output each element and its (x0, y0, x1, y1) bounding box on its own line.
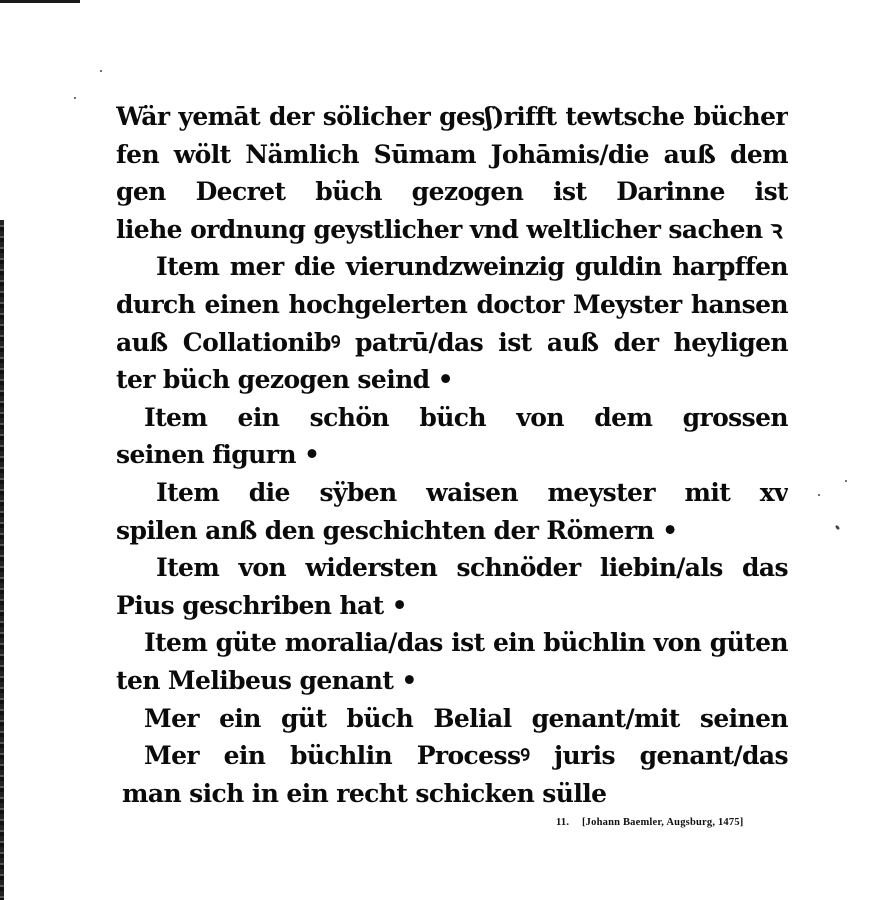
text-line-4: liehe ordnung geystlicher vnd weltlicher… (116, 211, 788, 249)
page-gutter-edge (0, 220, 4, 900)
caption-number: 11. (556, 817, 569, 828)
scan-speck (835, 525, 841, 531)
text-line-14: Pius geschriben hat • (116, 587, 788, 625)
text-line-6: durch einen hochgelerten doctor Meyster … (116, 286, 788, 324)
text-line-5: Item mer die vierundzweinzig guldin harp… (116, 248, 788, 286)
figure-caption: 11. [Johann Baemler, Augsburg, 1475] (556, 817, 743, 828)
text-line-13: Item von widersten schnöder liebin/als d… (116, 549, 788, 587)
text-line-2: fen wölt Nämlich Sūmam Johāmis/die auß d… (116, 136, 788, 174)
text-line-12: spilen anß den geschichten der Römern • (116, 512, 788, 550)
text-line-9: Item ein schön büch von dem grossen Alex… (116, 399, 788, 437)
text-line-8: ter büch gezogen seind • (116, 361, 788, 399)
text-line-15: Item güte moralia/das ist ein büchlin vo… (116, 624, 788, 662)
text-line-3: gen Decret büch gezogen ist Darinne ist … (116, 173, 788, 211)
scan-speck (845, 480, 847, 482)
blackletter-text-block: Wär yemāt der sölicher gesʃ)rifft tewtsc… (116, 98, 788, 812)
scan-speck (74, 97, 76, 99)
scan-speck (100, 70, 102, 72)
text-line-1: Wär yemāt der sölicher gesʃ)rifft tewtsc… (116, 98, 788, 136)
caption-text: [Johann Baemler, Augsburg, 1475] (582, 817, 744, 828)
scan-speck (818, 494, 820, 496)
text-line-7: auß Collationibꝰ patrū/das ist auß der h… (116, 324, 788, 362)
text-line-18: Mer ein büchlin Processꝰ juris genant/da… (116, 737, 788, 775)
text-line-10: seinen figurn • (116, 436, 788, 474)
scan-edge-top (0, 0, 80, 3)
text-line-19: man sich in ein recht schicken sülle (116, 775, 788, 813)
text-line-17: Mer ein güt büch Belial genant/mit seine… (116, 700, 788, 738)
text-line-11: Item die sÿben waisen meyster mit xv hÿb… (116, 474, 788, 512)
text-line-16: ten Melibeus genant • (116, 662, 788, 700)
